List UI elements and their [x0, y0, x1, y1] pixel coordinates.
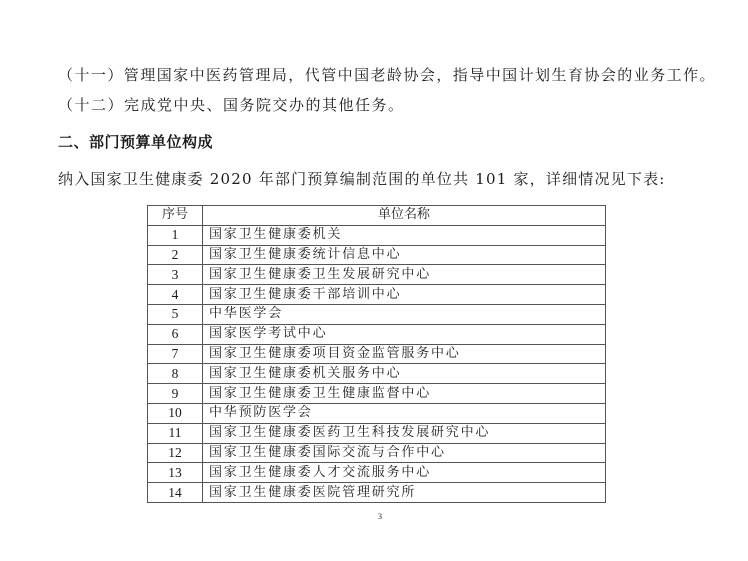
header-serial-number: 序号: [148, 206, 203, 226]
row-number: 14: [148, 483, 203, 503]
unit-name: 国家卫生健康委国际交流与合作中心: [203, 443, 606, 463]
unit-name: 国家卫生健康委干部培训中心: [203, 285, 606, 305]
row-number: 9: [148, 384, 203, 404]
table-row: 5中华医学会: [148, 304, 606, 324]
row-number: 4: [148, 285, 203, 305]
row-number: 13: [148, 463, 203, 483]
unit-name: 国家卫生健康委医院管理研究所: [203, 483, 606, 503]
table-row: 14国家卫生健康委医院管理研究所: [148, 483, 606, 503]
section-heading: 二、部门预算单位构成: [58, 131, 213, 152]
row-number: 5: [148, 304, 203, 324]
row-number: 8: [148, 364, 203, 384]
row-number: 12: [148, 443, 203, 463]
unit-name: 国家卫生健康委卫生健康监督中心: [203, 384, 606, 404]
table-row: 6国家医学考试中心: [148, 324, 606, 344]
row-number: 7: [148, 344, 203, 364]
table-row: 12国家卫生健康委国际交流与合作中心: [148, 443, 606, 463]
table-row: 7国家卫生健康委项目资金监管服务中心: [148, 344, 606, 364]
paragraph-item-12: （十二）完成党中央、国务院交办的其他任务。: [58, 96, 405, 114]
unit-name: 国家卫生健康委机关: [203, 225, 606, 245]
unit-name: 国家卫生健康委人才交流服务中心: [203, 463, 606, 483]
header-unit-name: 单位名称: [203, 206, 606, 226]
table-row: 8国家卫生健康委机关服务中心: [148, 364, 606, 384]
table-row: 3国家卫生健康委卫生发展研究中心: [148, 265, 606, 285]
table-row: 2国家卫生健康委统计信息中心: [148, 245, 606, 265]
page-number: 3: [378, 512, 382, 521]
unit-name: 国家卫生健康委医药卫生科技发展研究中心: [203, 423, 606, 443]
row-number: 6: [148, 324, 203, 344]
table-row: 1国家卫生健康委机关: [148, 225, 606, 245]
unit-name: 国家卫生健康委卫生发展研究中心: [203, 265, 606, 285]
row-number: 10: [148, 403, 203, 423]
unit-name: 国家卫生健康委统计信息中心: [203, 245, 606, 265]
row-number: 11: [148, 423, 203, 443]
unit-name: 国家医学考试中心: [203, 324, 606, 344]
row-number: 3: [148, 265, 203, 285]
table-header-row: 序号 单位名称: [148, 206, 606, 226]
unit-name: 国家卫生健康委项目资金监管服务中心: [203, 344, 606, 364]
unit-name: 国家卫生健康委机关服务中心: [203, 364, 606, 384]
table-row: 9国家卫生健康委卫生健康监督中心: [148, 384, 606, 404]
row-number: 1: [148, 225, 203, 245]
unit-name: 中华预防医学会: [203, 403, 606, 423]
unit-name: 中华医学会: [203, 304, 606, 324]
table-row: 10中华预防医学会: [148, 403, 606, 423]
table-row: 11国家卫生健康委医药卫生科技发展研究中心: [148, 423, 606, 443]
section-intro: 纳入国家卫生健康委 2020 年部门预算编制范围的单位共 101 家，详细情况见…: [58, 170, 666, 188]
row-number: 2: [148, 245, 203, 265]
budget-units-table: 序号 单位名称 1国家卫生健康委机关 2国家卫生健康委统计信息中心 3国家卫生健…: [147, 205, 606, 503]
table-row: 13国家卫生健康委人才交流服务中心: [148, 463, 606, 483]
table-row: 4国家卫生健康委干部培训中心: [148, 285, 606, 305]
paragraph-item-11: （十一）管理国家中医药管理局，代管中国老龄协会，指导中国计划生育协会的业务工作。: [58, 66, 716, 84]
